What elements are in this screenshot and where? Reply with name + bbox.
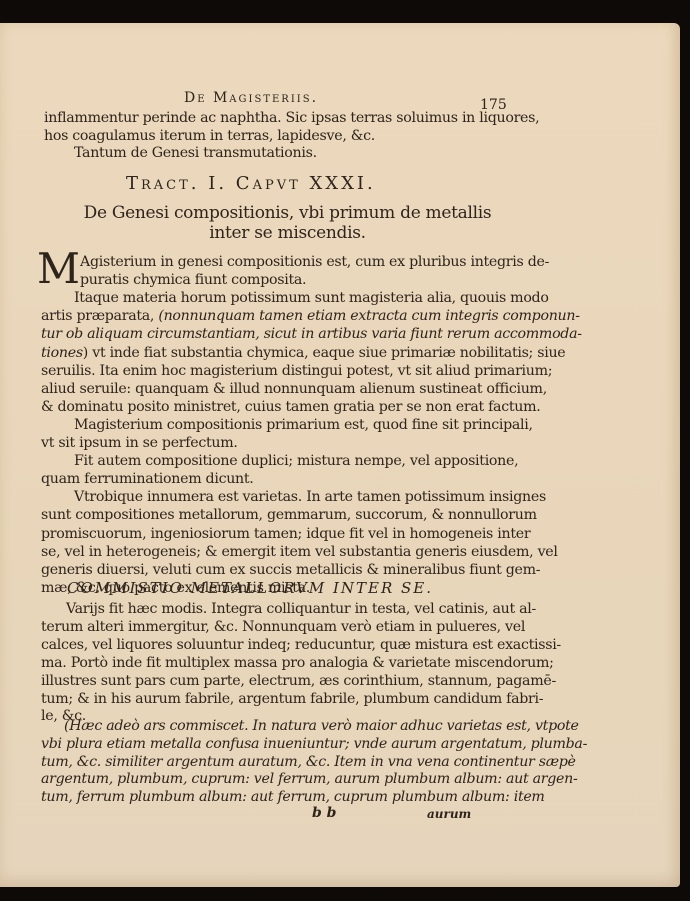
running-head: De Magisteriis. [184,90,318,106]
text-line: (Hæc adeò ars commiscet. In natura verò … [64,717,579,735]
text-line: Fit autem compositione duplici; mistura … [74,452,518,470]
drop-cap: M [37,248,80,290]
chapter-heading: Tract. I. Capvt XXXI. [126,173,376,194]
text-line: Magisterium compositionis primarium est,… [74,416,533,434]
text-line: Itaque materia horum potissimum sunt mag… [74,289,549,307]
text-line: promiscuorum, ingeniosiorum tamen; idque… [41,525,530,543]
text-line: vbi plura etiam metalla confusa inueniun… [41,735,587,753]
text-line: seruilis. Ita enim hoc magisterium disti… [41,362,552,380]
text-line: hos coagulamus iterum in terras, lapides… [44,127,375,145]
text-line: tum, &c. similiter argentum auratum, &c.… [41,753,576,771]
chapter-subtitle-line: inter se miscendis. [0,223,575,243]
text-line: Agisterium in genesi compositionis est, … [80,253,549,271]
text-line: quam ferruminationem dicunt. [41,470,254,488]
text-line: Varijs fit hæc modis. Integra colliquant… [66,600,536,618]
text-line: tur ob aliquam circumstantiam, sicut in … [41,325,582,343]
text-line: Tantum de Genesi transmutationis. [74,144,317,162]
text-line: argentum, plumbum, cuprum: vel ferrum, a… [41,770,577,788]
signature-mark: b b [312,805,336,821]
text-line: Vtrobique innumera est varietas. In arte… [74,488,546,506]
book-page: De Magisteriis. 175 inflammentur perinde… [0,23,680,887]
text-line: aliud seruile: quanquam & illud nonnunqu… [41,380,547,398]
text-line: tum, ferrum plumbum album: aut ferrum, c… [41,788,545,806]
text-line: inflammentur perinde ac naphtha. Sic ips… [44,109,539,127]
section-heading: COMMISTIO METALLORVM INTER SE. [67,579,433,597]
text-line: sunt compositiones metallorum, gemmarum,… [41,506,537,524]
text-line: calces, vel liquores soluuntur indeq; re… [41,636,561,654]
text-line: vt sit ipsum in se perfectum. [41,434,238,452]
chapter-subtitle-line: De Genesi compositionis, vbi primum de m… [0,203,575,223]
catchword: aurum [427,807,471,821]
text-line: generis diuersi, veluti cum ex succis me… [41,561,540,579]
text-line: & dominatu posito ministret, cuius tamen… [41,398,540,416]
text-line: tum; & in his aurum fabrile, argentum fa… [41,690,543,708]
text-line: ma. Portò inde fit multiplex massa pro a… [41,654,554,672]
text-line: tiones) vt inde fiat substantia chymica,… [41,344,565,362]
text-line: terum alteri immergitur, &c. Nonnunquam … [41,618,525,636]
text-line: puratis chymica fiunt composita. [80,271,306,289]
text-line: artis præparata, (nonnunquam tamen etiam… [41,307,580,325]
text-line: se, vel in heterogeneis; & emergit item … [41,543,558,561]
text-line: illustres sunt pars cum parte, electrum,… [41,672,556,690]
